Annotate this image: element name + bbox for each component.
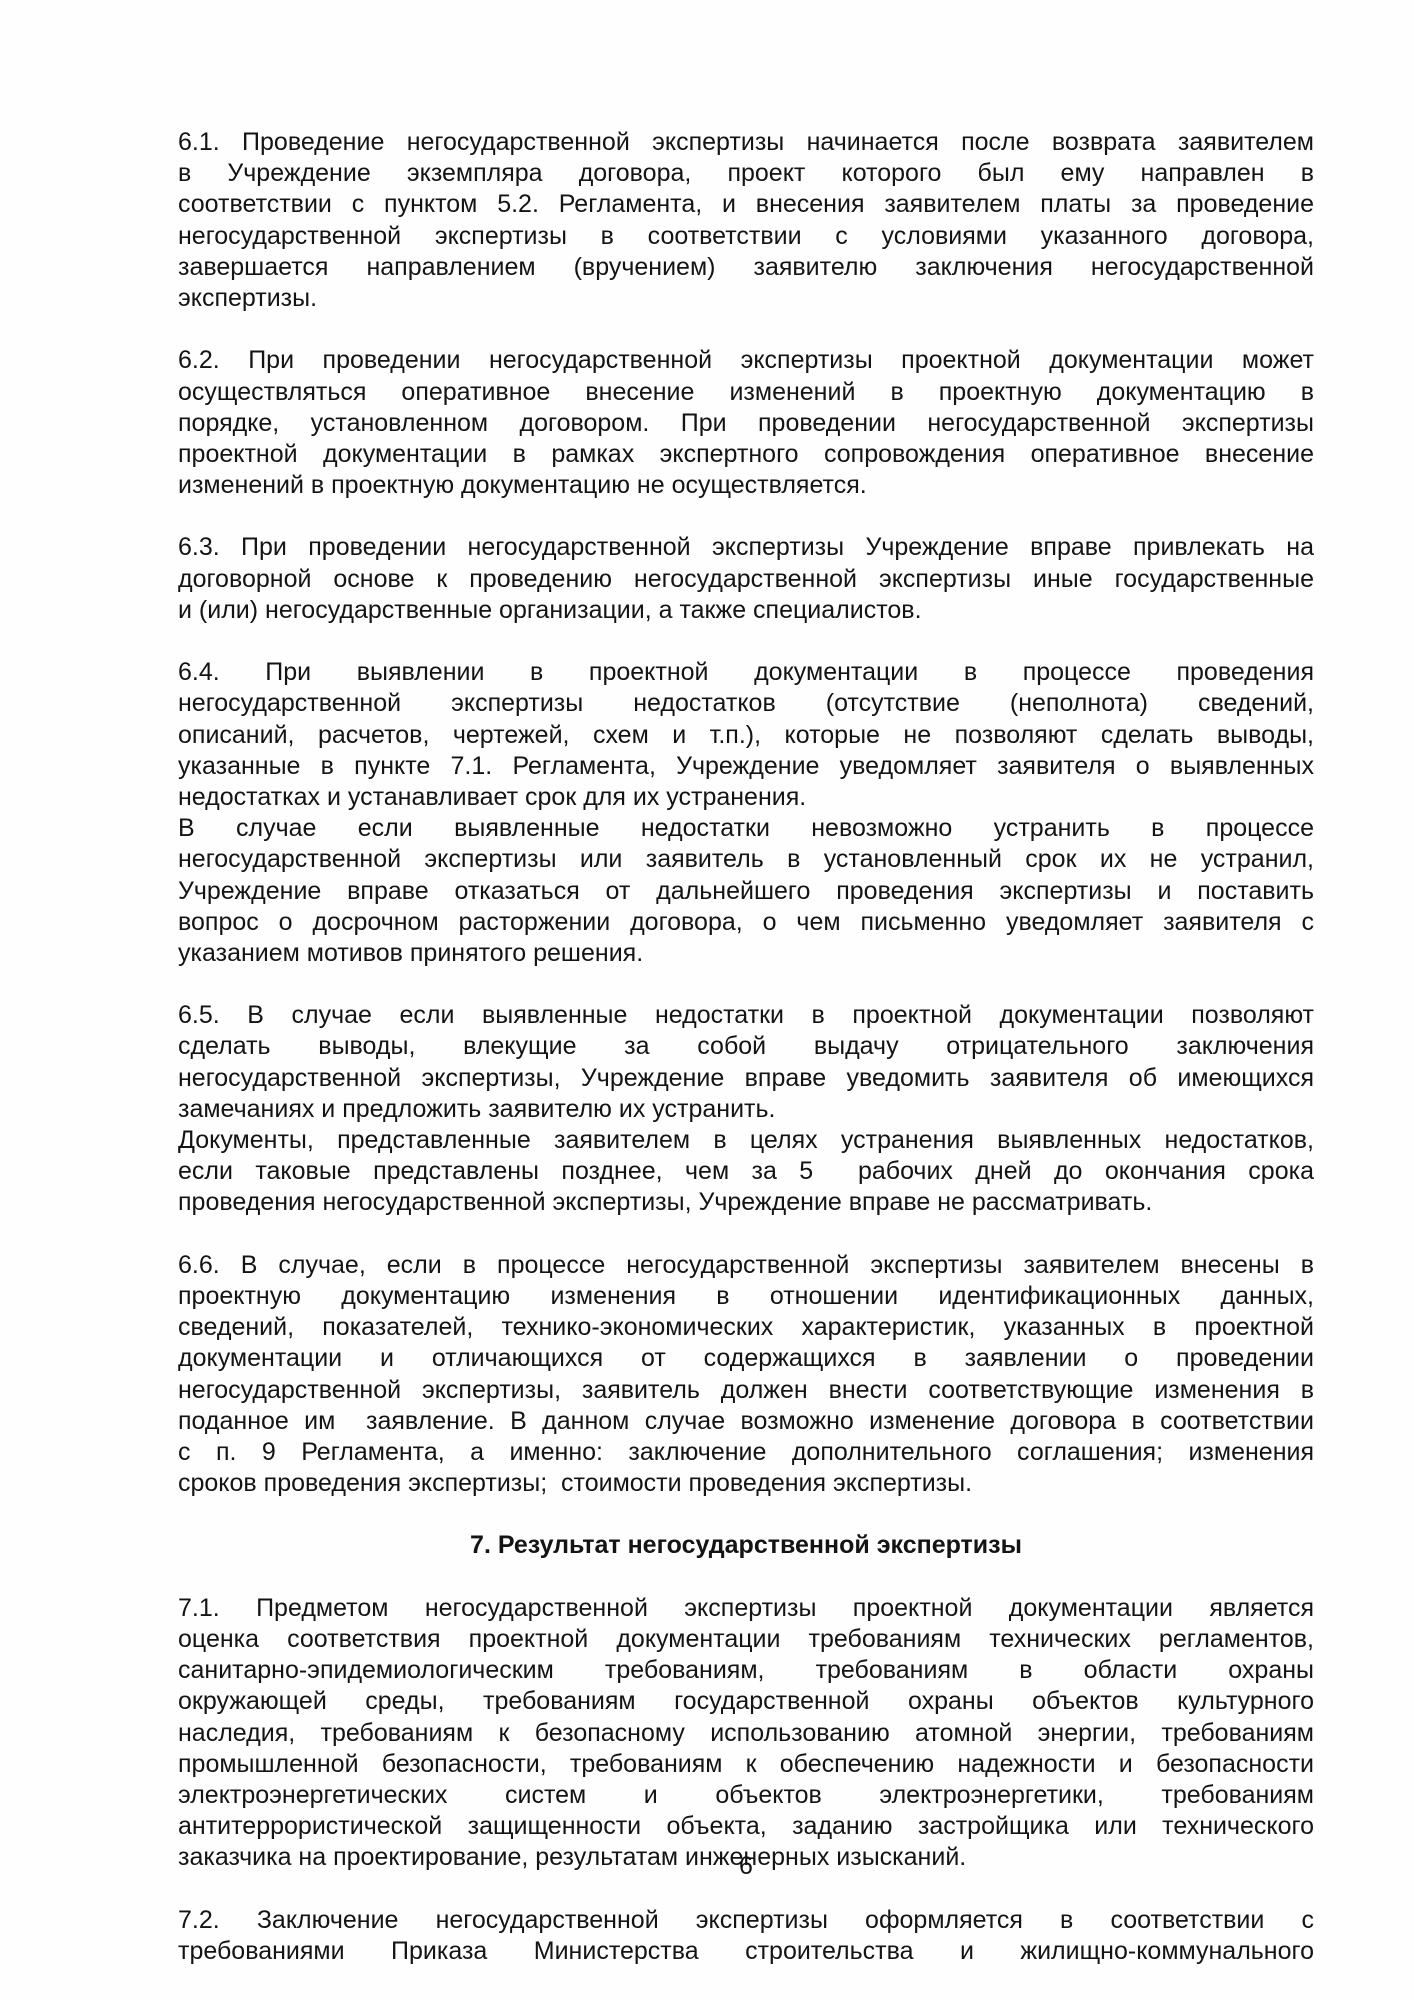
text-line: и (или) негосударственные организации, а…	[178, 595, 1314, 626]
text-line: 6.1. Проведение негосударственной экспер…	[178, 127, 1314, 158]
text-line: указанием мотивов принятого решения.	[178, 938, 1314, 969]
text-line: 6.4. При выявлении в проектной документа…	[178, 657, 1314, 688]
paragraph: 7.2. Заключение негосударственной экспер…	[178, 1905, 1314, 1967]
text-line: 7.2. Заключение негосударственной экспер…	[178, 1905, 1314, 1936]
text-line: с п. 9 Регламента, а именно: заключение …	[178, 1437, 1314, 1468]
text-line: негосударственной экспертизы недостатков…	[178, 688, 1314, 719]
text-line: недостатках и устанавливает срок для их …	[178, 782, 1314, 813]
text-line: завершается направлением (вручением) зая…	[178, 252, 1314, 283]
text-line: 6.3. При проведении негосударственной эк…	[178, 532, 1314, 563]
text-line: санитарно-эпидемиологическим требованиям…	[178, 1655, 1314, 1686]
text-line: 6.6. В случае, если в процессе негосудар…	[178, 1250, 1314, 1281]
text-line: соответствии с пунктом 5.2. Регламента, …	[178, 189, 1314, 220]
paragraph-block: 7.2. Заключение негосударственной экспер…	[178, 1905, 1314, 1967]
paragraph-block: 6.5. В случае если выявленные недостатки…	[178, 1000, 1314, 1218]
text-line: проектной документации в рамках экспертн…	[178, 439, 1314, 470]
text-line: в Учреждение экземпляра договора, проект…	[178, 158, 1314, 189]
paragraph: 6.2. При проведении негосударственной эк…	[178, 345, 1314, 501]
text-line: указанные в пункте 7.1. Регламента, Учре…	[178, 751, 1314, 782]
text-line: наследия, требованиям к безопасному испо…	[178, 1718, 1314, 1749]
text-line: негосударственной экспертизы, заявитель …	[178, 1375, 1314, 1406]
text-line: окружающей среды, требованиям государств…	[178, 1686, 1314, 1717]
text-line: промышленной безопасности, требованиям к…	[178, 1749, 1314, 1780]
text-line: 6.5. В случае если выявленные недостатки…	[178, 1000, 1314, 1031]
text-line: порядке, установленном договором. При пр…	[178, 408, 1314, 439]
text-line: антитеррористической защищенности объект…	[178, 1811, 1314, 1842]
paragraph-block: 6.4. При выявлении в проектной документа…	[178, 657, 1314, 969]
text-line: документации и отличающихся от содержащи…	[178, 1343, 1314, 1374]
paragraph-block: 6.3. При проведении негосударственной эк…	[178, 532, 1314, 626]
text-line: описаний, расчетов, чертежей, схем и т.п…	[178, 720, 1314, 751]
paragraph: 6.6. В случае, если в процессе негосудар…	[178, 1250, 1314, 1500]
text-line: требованиями Приказа Министерства строит…	[178, 1936, 1314, 1967]
text-line: проведения негосударственной экспертизы,…	[178, 1187, 1314, 1218]
paragraph: Документы, представленные заявителем в ц…	[178, 1125, 1314, 1219]
text-line: В случае если выявленные недостатки нево…	[178, 813, 1314, 844]
paragraph-block: 6.6. В случае, если в процессе негосудар…	[178, 1250, 1314, 1500]
page-footer: 6	[178, 1851, 1314, 1882]
text-line: негосударственной экспертизы или заявите…	[178, 844, 1314, 875]
text-line: негосударственной экспертизы, Учреждение…	[178, 1063, 1314, 1094]
text-line: поданное им заявление. В данном случае в…	[178, 1406, 1314, 1437]
document-content: 6.1. Проведение негосударственной экспер…	[178, 127, 1314, 1998]
text-line: 6.2. При проведении негосударственной эк…	[178, 345, 1314, 376]
paragraph-block: 7.1. Предметом негосударственной эксперт…	[178, 1593, 1314, 1874]
text-line: Документы, представленные заявителем в ц…	[178, 1125, 1314, 1156]
text-line: вопрос о досрочном расторжении договора,…	[178, 907, 1314, 938]
text-line: сроков проведения экспертизы; стоимости …	[178, 1468, 1314, 1499]
text-line: проектную документацию изменения в отнош…	[178, 1281, 1314, 1312]
paragraph: 6.4. При выявлении в проектной документа…	[178, 657, 1314, 813]
paragraph-block: 6.1. Проведение негосударственной экспер…	[178, 127, 1314, 314]
text-line: договорной основе к проведению негосудар…	[178, 564, 1314, 595]
text-line: Учреждение вправе отказаться от дальнейш…	[178, 876, 1314, 907]
text-line: сделать выводы, влекущие за собой выдачу…	[178, 1031, 1314, 1062]
text-line: негосударственной экспертизы в соответст…	[178, 221, 1314, 252]
text-line: сведений, показателей, технико-экономиче…	[178, 1312, 1314, 1343]
paragraph: В случае если выявленные недостатки нево…	[178, 813, 1314, 969]
text-line: оценка соответствия проектной документац…	[178, 1624, 1314, 1655]
text-line: замечаниях и предложить заявителю их уст…	[178, 1094, 1314, 1125]
text-line: изменений в проектную документацию не ос…	[178, 470, 1314, 501]
paragraph-block: 6.2. При проведении негосударственной эк…	[178, 345, 1314, 501]
text-line: экспертизы.	[178, 283, 1314, 314]
paragraph: 7.1. Предметом негосударственной эксперт…	[178, 1593, 1314, 1874]
text-line: электроэнергетических систем и объектов …	[178, 1780, 1314, 1811]
paragraph: 6.1. Проведение негосударственной экспер…	[178, 127, 1314, 314]
document-page: 6.1. Проведение негосударственной экспер…	[0, 0, 1414, 2000]
text-line: если таковые представлены позднее, чем з…	[178, 1156, 1314, 1187]
text-line: осуществляться оперативное внесение изме…	[178, 377, 1314, 408]
paragraph: 6.3. При проведении негосударственной эк…	[178, 532, 1314, 626]
section-heading: 7. Результат негосударственной экспертиз…	[178, 1530, 1314, 1561]
paragraph: 6.5. В случае если выявленные недостатки…	[178, 1000, 1314, 1125]
text-line: 7.1. Предметом негосударственной эксперт…	[178, 1593, 1314, 1624]
page-number: 6	[739, 1852, 753, 1880]
